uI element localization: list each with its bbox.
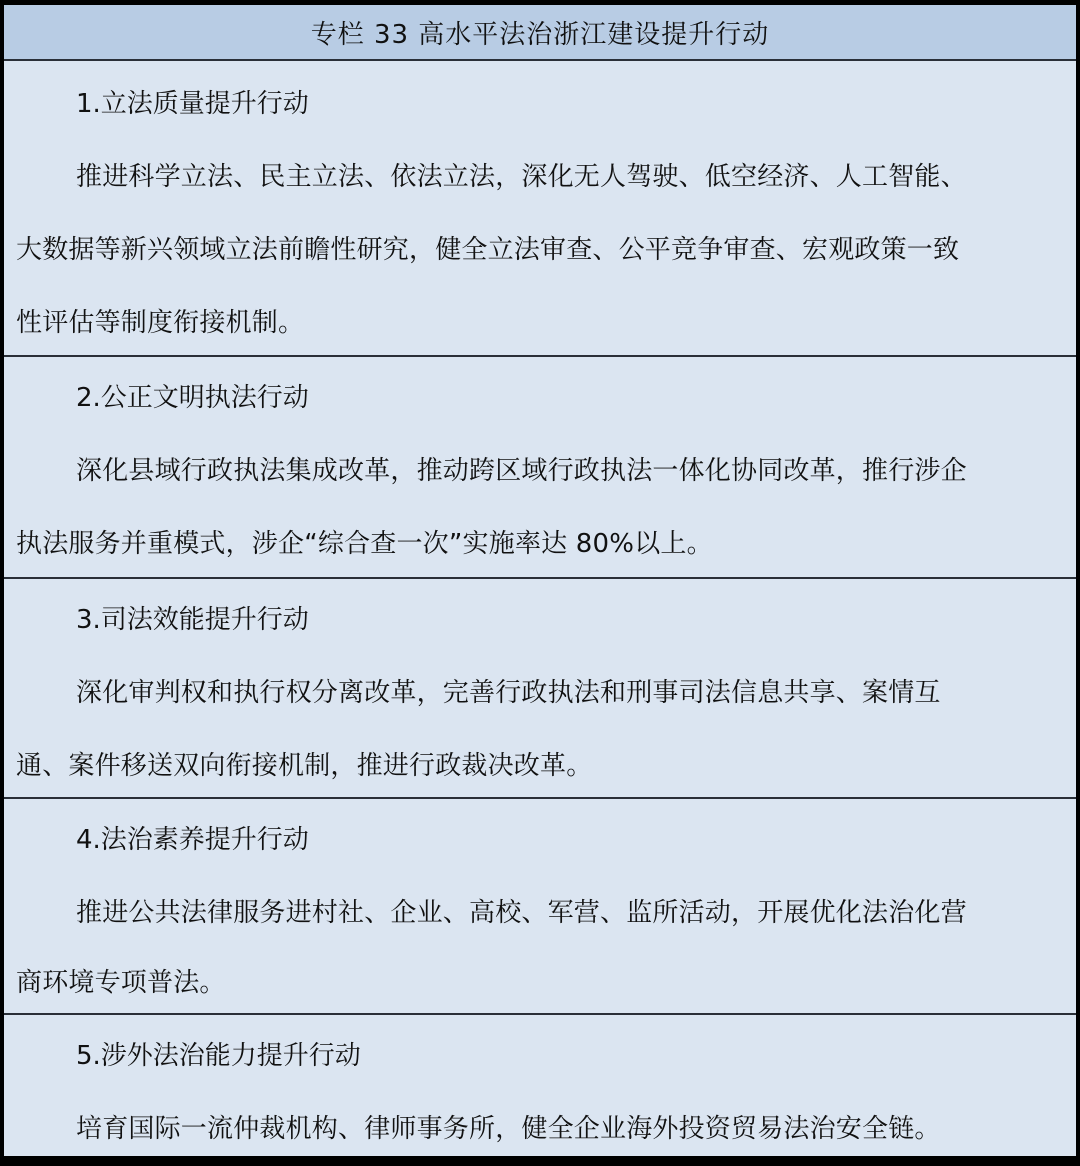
section-text-line: 执法服务并重模式，涉企“综合查一次”实施率达 80%以上。 (16, 523, 713, 560)
section-text-line: 性评估等制度衔接机制。 (16, 302, 304, 339)
section-text-line: 深化审判权和执行权分离改革，完善行政执法和刑事司法信息共享、案情互 (76, 672, 941, 709)
section-title: 5.涉外法治能力提升行动 (76, 1035, 361, 1072)
section-3: 3.司法效能提升行动 深化审判权和执行权分离改革，完善行政执法和刑事司法信息共享… (4, 579, 1076, 799)
section-text-line: 商环境专项普法。 (16, 962, 226, 999)
column-box: 专栏 33 高水平法治浙江建设提升行动 1.立法质量提升行动 推进科学立法、民主… (4, 5, 1076, 1156)
section-5: 5.涉外法治能力提升行动 培育国际一流仲裁机构、律师事务所，健全企业海外投资贸易… (4, 1015, 1076, 1156)
column-header: 专栏 33 高水平法治浙江建设提升行动 (4, 5, 1076, 61)
section-title: 3.司法效能提升行动 (76, 599, 309, 636)
section-text-line: 培育国际一流仲裁机构、律师事务所，健全企业海外投资贸易法治安全链。 (76, 1108, 941, 1145)
section-2: 2.公正文明执法行动 深化县域行政执法集成改革，推动跨区域行政执法一体化协同改革… (4, 357, 1076, 579)
section-title: 1.立法质量提升行动 (76, 83, 309, 120)
section-text-line: 大数据等新兴领域立法前瞻性研究，健全立法审查、公平竞争审查、宏观政策一致 (16, 229, 959, 266)
column-title: 专栏 33 高水平法治浙江建设提升行动 (311, 14, 770, 51)
section-text-line: 推进公共法律服务进村社、企业、高校、军营、监所活动，开展优化法治化营 (76, 892, 967, 929)
section-title: 4.法治素养提升行动 (76, 819, 309, 856)
section-text-line: 通、案件移送双向衔接机制，推进行政裁决改革。 (16, 745, 592, 782)
section-title: 2.公正文明执法行动 (76, 377, 309, 414)
section-1: 1.立法质量提升行动 推进科学立法、民主立法、依法立法，深化无人驾驶、低空经济、… (4, 61, 1076, 357)
section-4: 4.法治素养提升行动 推进公共法律服务进村社、企业、高校、军营、监所活动，开展优… (4, 799, 1076, 1015)
section-text-line: 深化县域行政执法集成改革，推动跨区域行政执法一体化协同改革，推行涉企 (76, 450, 967, 487)
section-text-line: 推进科学立法、民主立法、依法立法，深化无人驾驶、低空经济、人工智能、 (76, 156, 967, 193)
